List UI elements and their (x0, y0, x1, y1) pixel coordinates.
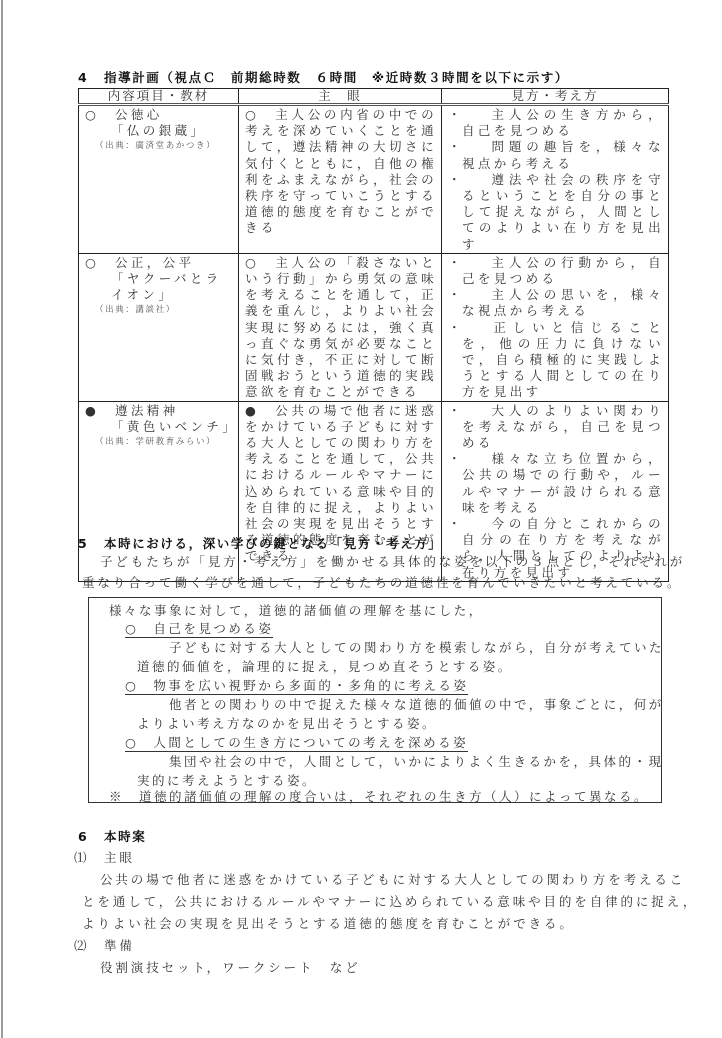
bullet-icon: ・ (448, 107, 490, 123)
bullet-icon: ・ (448, 255, 490, 271)
aim-text: 主人公の内省の中での考えを深めていくことを通して，遵法精神の大切さに気付くととも… (245, 107, 437, 235)
section-title: 指導計画（視点Ｃ 前期総時数 ６時間 ※近時数３時間を以下に示す） (104, 70, 569, 85)
value-name: 公徳心 (115, 107, 163, 122)
bullet-icon: ・ (448, 320, 490, 336)
view-desc-line: 子どもに対する大人としての関わり方を模索しながら，自分が考えていた (169, 638, 664, 656)
view-item: ・遵法や社会の秩序を守るということを自分の事として捉えながら，人間としてのよりよ… (448, 172, 664, 253)
section-number: 6 (78, 829, 104, 844)
column-header-content: 内容項目・教材 (79, 89, 239, 105)
views-cell: ・主人公の行動から，自己を見つめる ・主人公の思いを，様々な視点から考える ・正… (442, 253, 669, 401)
column-header-views: 見方・考え方 (442, 89, 669, 105)
subsection-title: 準備 (104, 938, 135, 953)
aim-text: 主人公の「殺さないという行動」から勇気の意味を考えることを通して，正義を重んじ，… (245, 255, 437, 400)
material-title: 「ヤクーバとライオン」 (85, 271, 234, 303)
open-circle-icon: ○ (85, 107, 115, 123)
page-edge (1, 0, 3, 1038)
aim-cell: ○主人公の内省の中での考えを深めていくことを通して，遵法精神の大切さに気付くとと… (239, 105, 442, 254)
value-name: 公正，公平 (115, 255, 195, 270)
section-title: 本時における，深い学びの鍵となる「見方・考え方」 (104, 536, 442, 551)
open-circle-icon: ○ (85, 255, 115, 271)
box-lead: 様々な事象に対して，道徳的諸価値の理解を基にした， (109, 601, 484, 619)
section-number: 5 (78, 536, 104, 551)
view-desc-line: よりよい考え方なのかを見出そうとする姿。 (137, 714, 437, 732)
bullet-icon: ・ (448, 516, 490, 532)
content-cell: ○公正，公平 「ヤクーバとライオン」 （出典：講談社） (79, 253, 239, 401)
table-header-row: 内容項目・教材 主 眼 見方・考え方 (79, 89, 669, 105)
intro-line-2: 重なり合って働く学びを通して，子どもたちの道徳性を育んでいきたいと考えている。 (78, 573, 678, 593)
view-heading-self: ○ 自己を見つめる姿 (125, 619, 273, 638)
section-6-heading: 6本時案 (78, 827, 146, 845)
view-item: ・主人公の思いを，様々な視点から考える (448, 287, 664, 319)
view-desc-line: 他者との関わりの中で捉えた様々な道徳的価値の中で，事象ごとに，何が (169, 695, 664, 713)
view-item: ・主人公の行動から，自己を見つめる (448, 255, 664, 287)
filled-circle-icon: ● (85, 403, 115, 419)
prep-line-1: 役割演技セット，ワークシート など (100, 958, 361, 976)
view-item: ・大人のよりよい関わりを考えながら，自己を見つめる (448, 403, 664, 452)
bullet-icon: ・ (448, 172, 490, 188)
material-source: （出典：学研教育みらい） (85, 435, 234, 449)
view-item: ・主人公の生き方から，自己を見つめる (448, 107, 664, 139)
view-item: ・問題の趣旨を，様々な視点から考える (448, 139, 664, 171)
subsection-prep-heading: ⑵準備 (74, 936, 135, 954)
bullet-icon: ・ (448, 287, 490, 303)
section-title: 本時案 (104, 829, 146, 844)
view-heading-multiview: ○ 物事を広い視野から多面的・多角的に考える姿 (125, 676, 468, 695)
views-box: 様々な事象に対して，道徳的諸価値の理解を基にした， ○ 自己を見つめる姿 子ども… (88, 597, 662, 803)
material-source: （出典：廣済堂あかつき） (85, 139, 234, 153)
aim-line-1: 公共の場で他者に迷惑をかけている子どもに対する大人としての関わり方を考えるこ (100, 870, 685, 888)
section-5-heading: 5本時における，深い学びの鍵となる「見方・考え方」 (78, 534, 442, 552)
value-name: 遵法精神 (115, 403, 179, 418)
section-4-heading: 4指導計画（視点Ｃ 前期総時数 ６時間 ※近時数３時間を以下に示す） (78, 68, 569, 86)
guidance-plan-table: 内容項目・教材 主 眼 見方・考え方 ○公徳心 「仏の銀蔵」 （出典：廣済堂あか… (78, 88, 669, 582)
aim-cell: ○主人公の「殺さないという行動」から勇気の意味を考えることを通して，正義を重んじ… (239, 253, 442, 401)
open-circle-icon: ○ (245, 107, 275, 123)
subsection-label: ⑴ (74, 848, 104, 866)
material-title: 「黄色いベンチ」 (85, 419, 234, 435)
content-cell: ○公徳心 「仏の銀蔵」 （出典：廣済堂あかつき） (79, 105, 239, 254)
filled-circle-icon: ● (245, 403, 275, 419)
view-item: ・様々な立ち位置から，公共の場での行動や，ルールやマナーが設けられる意味を考える (448, 451, 664, 516)
subsection-aim-heading: ⑴主眼 (74, 848, 135, 866)
view-desc-line: 道徳的価値を，論理的に捉え，見つめ直そうとする姿。 (137, 657, 513, 675)
bullet-icon: ・ (448, 403, 490, 419)
material-title: 「仏の銀蔵」 (85, 123, 234, 139)
column-header-aim: 主 眼 (239, 89, 442, 105)
intro-line-1: 子どもたちが「見方・考え方」を働かせる具体的な姿を以下の３点とし，それぞれが (78, 552, 678, 572)
section-number: 4 (78, 70, 104, 85)
subsection-label: ⑵ (74, 936, 104, 954)
subsection-title: 主眼 (104, 850, 135, 865)
open-circle-icon: ○ (245, 255, 275, 271)
table-row: ○公徳心 「仏の銀蔵」 （出典：廣済堂あかつき） ○主人公の内省の中での考えを深… (79, 105, 669, 254)
aim-line-3: よりよい社会の実現を見出そうとする道徳的態度を育むことができる。 (82, 914, 575, 932)
view-heading-way-of-life: ○ 人間としての生き方についての考えを深める姿 (125, 733, 468, 752)
view-item: ・正しいと信じることを，他の圧力に負けないで，自ら積極的に実践しようとする人間と… (448, 320, 664, 401)
view-desc-line: 集団や社会の中で，人間として，いかによりよく生きるかを，具体的・現 (169, 752, 664, 770)
material-source: （出典：講談社） (85, 303, 234, 317)
aim-line-2: とを通して，公共におけるルールやマナーに込められている意味や目的を自律的に捉え， (82, 892, 698, 910)
box-note: ※ 道徳的諸価値の理解の度合いは，それぞれの生き方（人）によって異なる。 (109, 787, 649, 805)
views-cell: ・主人公の生き方から，自己を見つめる ・問題の趣旨を，様々な視点から考える ・遵… (442, 105, 669, 254)
table-row: ○公正，公平 「ヤクーバとライオン」 （出典：講談社） ○主人公の「殺さないとい… (79, 253, 669, 401)
bullet-icon: ・ (448, 451, 490, 467)
bullet-icon: ・ (448, 139, 490, 155)
